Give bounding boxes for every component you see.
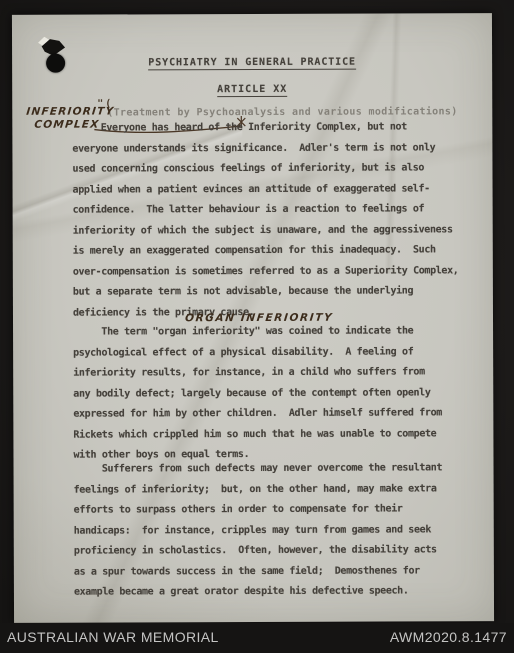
document-title-text: PSYCHIATRY IN GENERAL PRACTICE (148, 57, 356, 71)
paragraph-inferiority-complex: Everyone has heard of the Inferiority Co… (72, 117, 475, 323)
article-heading: ARTICLE XX (12, 83, 492, 96)
paragraph-organ-inferiority: The term "organ inferiority" was coined … (73, 321, 475, 466)
article-heading-text: ARTICLE XX (217, 84, 287, 97)
handwritten-margin-note: INFERIORITY (26, 105, 115, 117)
archive-institution-label: AUSTRALIAN WAR MEMORIAL (7, 629, 219, 645)
archive-caption-bar: AUSTRALIAN WAR MEMORIAL AWM2020.8.1477 (0, 623, 514, 653)
archive-accession-number: AWM2020.8.1477 (390, 629, 507, 645)
document-page: PSYCHIATRY IN GENERAL PRACTICE ARTICLE X… (12, 13, 494, 623)
scanned-document-photo: PSYCHIATRY IN GENERAL PRACTICE ARTICLE X… (0, 0, 514, 653)
document-title: PSYCHIATRY IN GENERAL PRACTICE (12, 56, 492, 69)
paragraph-compensation: Sufferers from such defects may never ov… (73, 458, 475, 603)
